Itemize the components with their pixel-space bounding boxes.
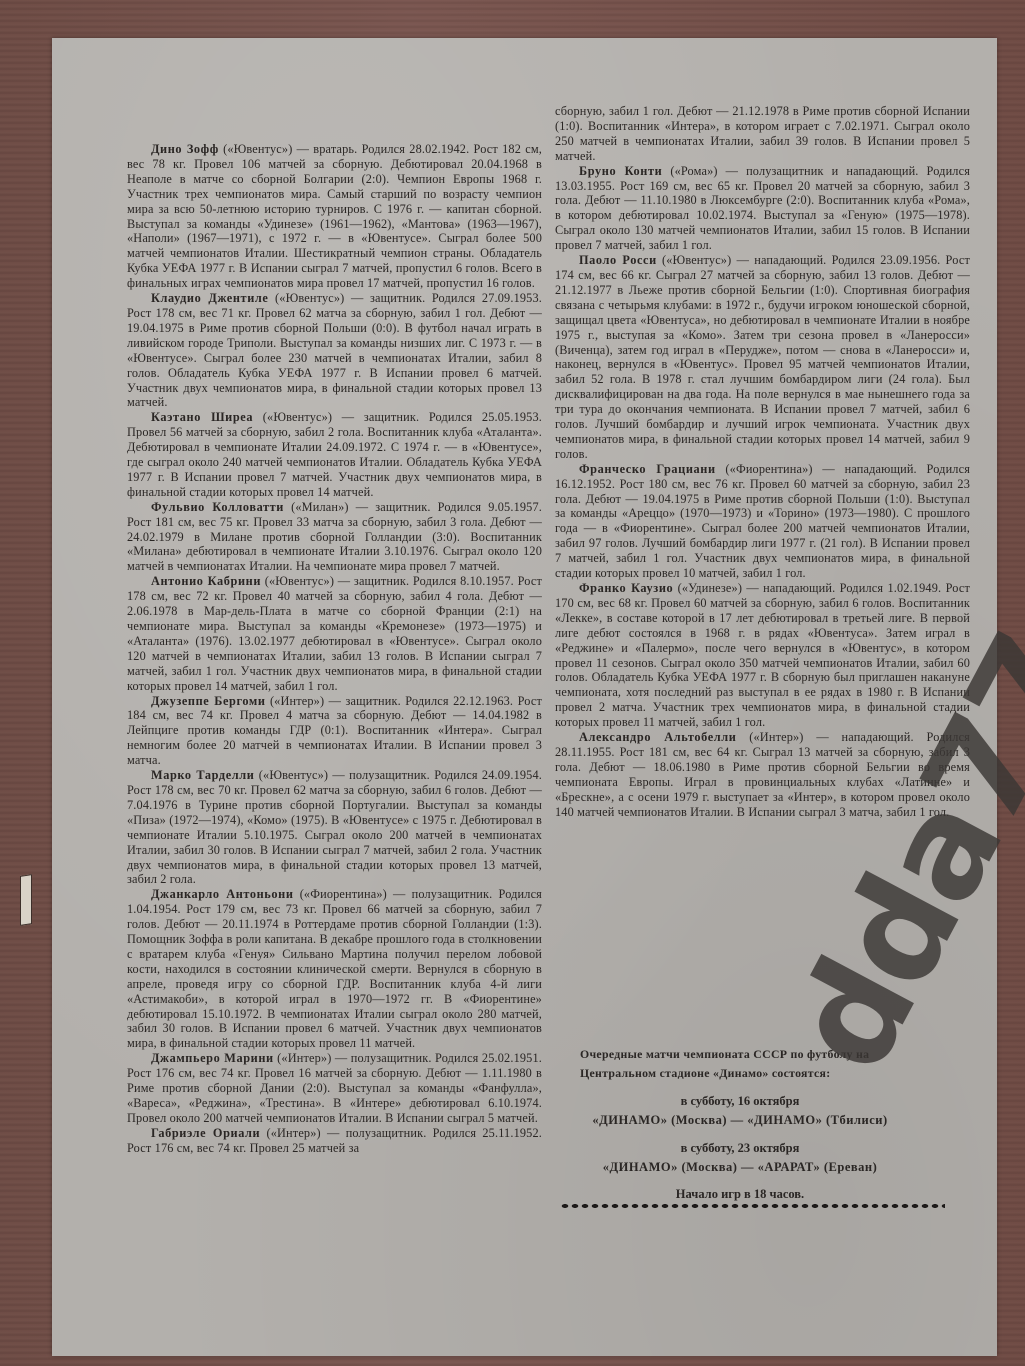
bio-entry: Джузеппе Бергоми («Интер») — защитник. Р… xyxy=(127,694,542,769)
paper-tear xyxy=(20,874,32,926)
bio-entry: Франко Каузио («Удинезе») — нападающий. … xyxy=(555,581,970,730)
fixture-date: в субботу, 23 октября xyxy=(580,1139,900,1158)
bio-entry: Марко Тарделли («Ювентус») — полузащитни… xyxy=(127,768,542,887)
bio-entry: Джампьеро Марини («Интер») — полузащитни… xyxy=(127,1051,542,1126)
bio-entry: Антонио Кабрини («Ювентус») — защитник. … xyxy=(127,574,542,693)
right-column: сборную, забил 1 гол. Дебют — 21.12.1978… xyxy=(555,104,970,820)
fixture-match: «ДИНАМО» (Москва) — «ДИНАМО» (Тбилиси) xyxy=(580,1111,900,1130)
bio-entry: Франческо Грациани («Фиорентина») — напа… xyxy=(555,462,970,581)
bio-text: («Ювентус») — полузащитник. Родился 24.0… xyxy=(127,768,542,886)
fixture-date: в субботу, 16 октября xyxy=(580,1092,900,1111)
player-name: Дино Зофф xyxy=(151,142,219,156)
bio-entry: Джанкарло Антоньони («Фиорентина») — пол… xyxy=(127,887,542,1051)
player-name: Фульвио Колловатти xyxy=(151,500,284,514)
player-name: Франко Каузио xyxy=(579,581,673,595)
player-name: Александро Альтобелли xyxy=(579,730,736,744)
player-name: Джузеппе Бергоми xyxy=(151,694,266,708)
bio-entry: Дино Зофф («Ювентус») — вратарь. Родился… xyxy=(127,142,542,291)
fixture-match: «ДИНАМО» (Москва) — «АРАРАТ» (Ереван) xyxy=(580,1158,900,1177)
player-name: Паоло Росси xyxy=(579,253,657,267)
program-page: Дино Зофф («Ювентус») — вратарь. Родился… xyxy=(52,38,997,1356)
bio-text: («Ювентус») — нападающий. Родился 23.09.… xyxy=(555,253,970,461)
bio-text: («Ювентус») — защитник. Родился 8.10.195… xyxy=(127,574,542,692)
bio-text: («Фиорентина») — нападающий. Родился 16.… xyxy=(555,462,970,580)
bio-entry: Паоло Росси («Ювентус») — нападающий. Ро… xyxy=(555,253,970,462)
player-name: Марко Тарделли xyxy=(151,768,254,782)
bio-text: («Ювентус») — вратарь. Родился 28.02.194… xyxy=(127,142,542,290)
bio-continuation: сборную, забил 1 гол. Дебют — 21.12.1978… xyxy=(555,104,970,164)
wavy-divider xyxy=(560,1202,945,1210)
player-name: Клаудио Джентиле xyxy=(151,291,268,305)
player-name: Бруно Конти xyxy=(579,164,662,178)
bio-entry: Бруно Конти («Рома») — полузащитник и на… xyxy=(555,164,970,253)
player-name: Джанкарло Антоньони xyxy=(151,887,294,901)
player-name: Антонио Кабрини xyxy=(151,574,261,588)
bio-entry: Каэтано Ширеа («Ювентус») — защитник. Ро… xyxy=(127,410,542,499)
left-column: Дино Зофф («Ювентус») — вратарь. Родился… xyxy=(127,142,542,1156)
bio-entry: Фульвио Колловатти («Милан») — защитник.… xyxy=(127,500,542,575)
player-name: Каэтано Ширеа xyxy=(151,410,253,424)
player-name: Джампьеро Марини xyxy=(151,1051,274,1065)
bio-entry: Габриэле Ориали («Интер») — полузащитник… xyxy=(127,1126,542,1156)
bio-text: («Фиорентина») — полузащитник. Родился 1… xyxy=(127,887,542,1050)
bio-entry: Клаудио Джентиле («Ювентус») — защитник.… xyxy=(127,291,542,410)
player-name: Франческо Грациани xyxy=(579,462,716,476)
player-name: Габриэле Ориали xyxy=(151,1126,260,1140)
bio-text: («Ювентус») — защитник. Родился 27.09.19… xyxy=(127,291,542,409)
bio-text: («Удинезе») — нападающий. Родился 1.02.1… xyxy=(555,581,970,729)
